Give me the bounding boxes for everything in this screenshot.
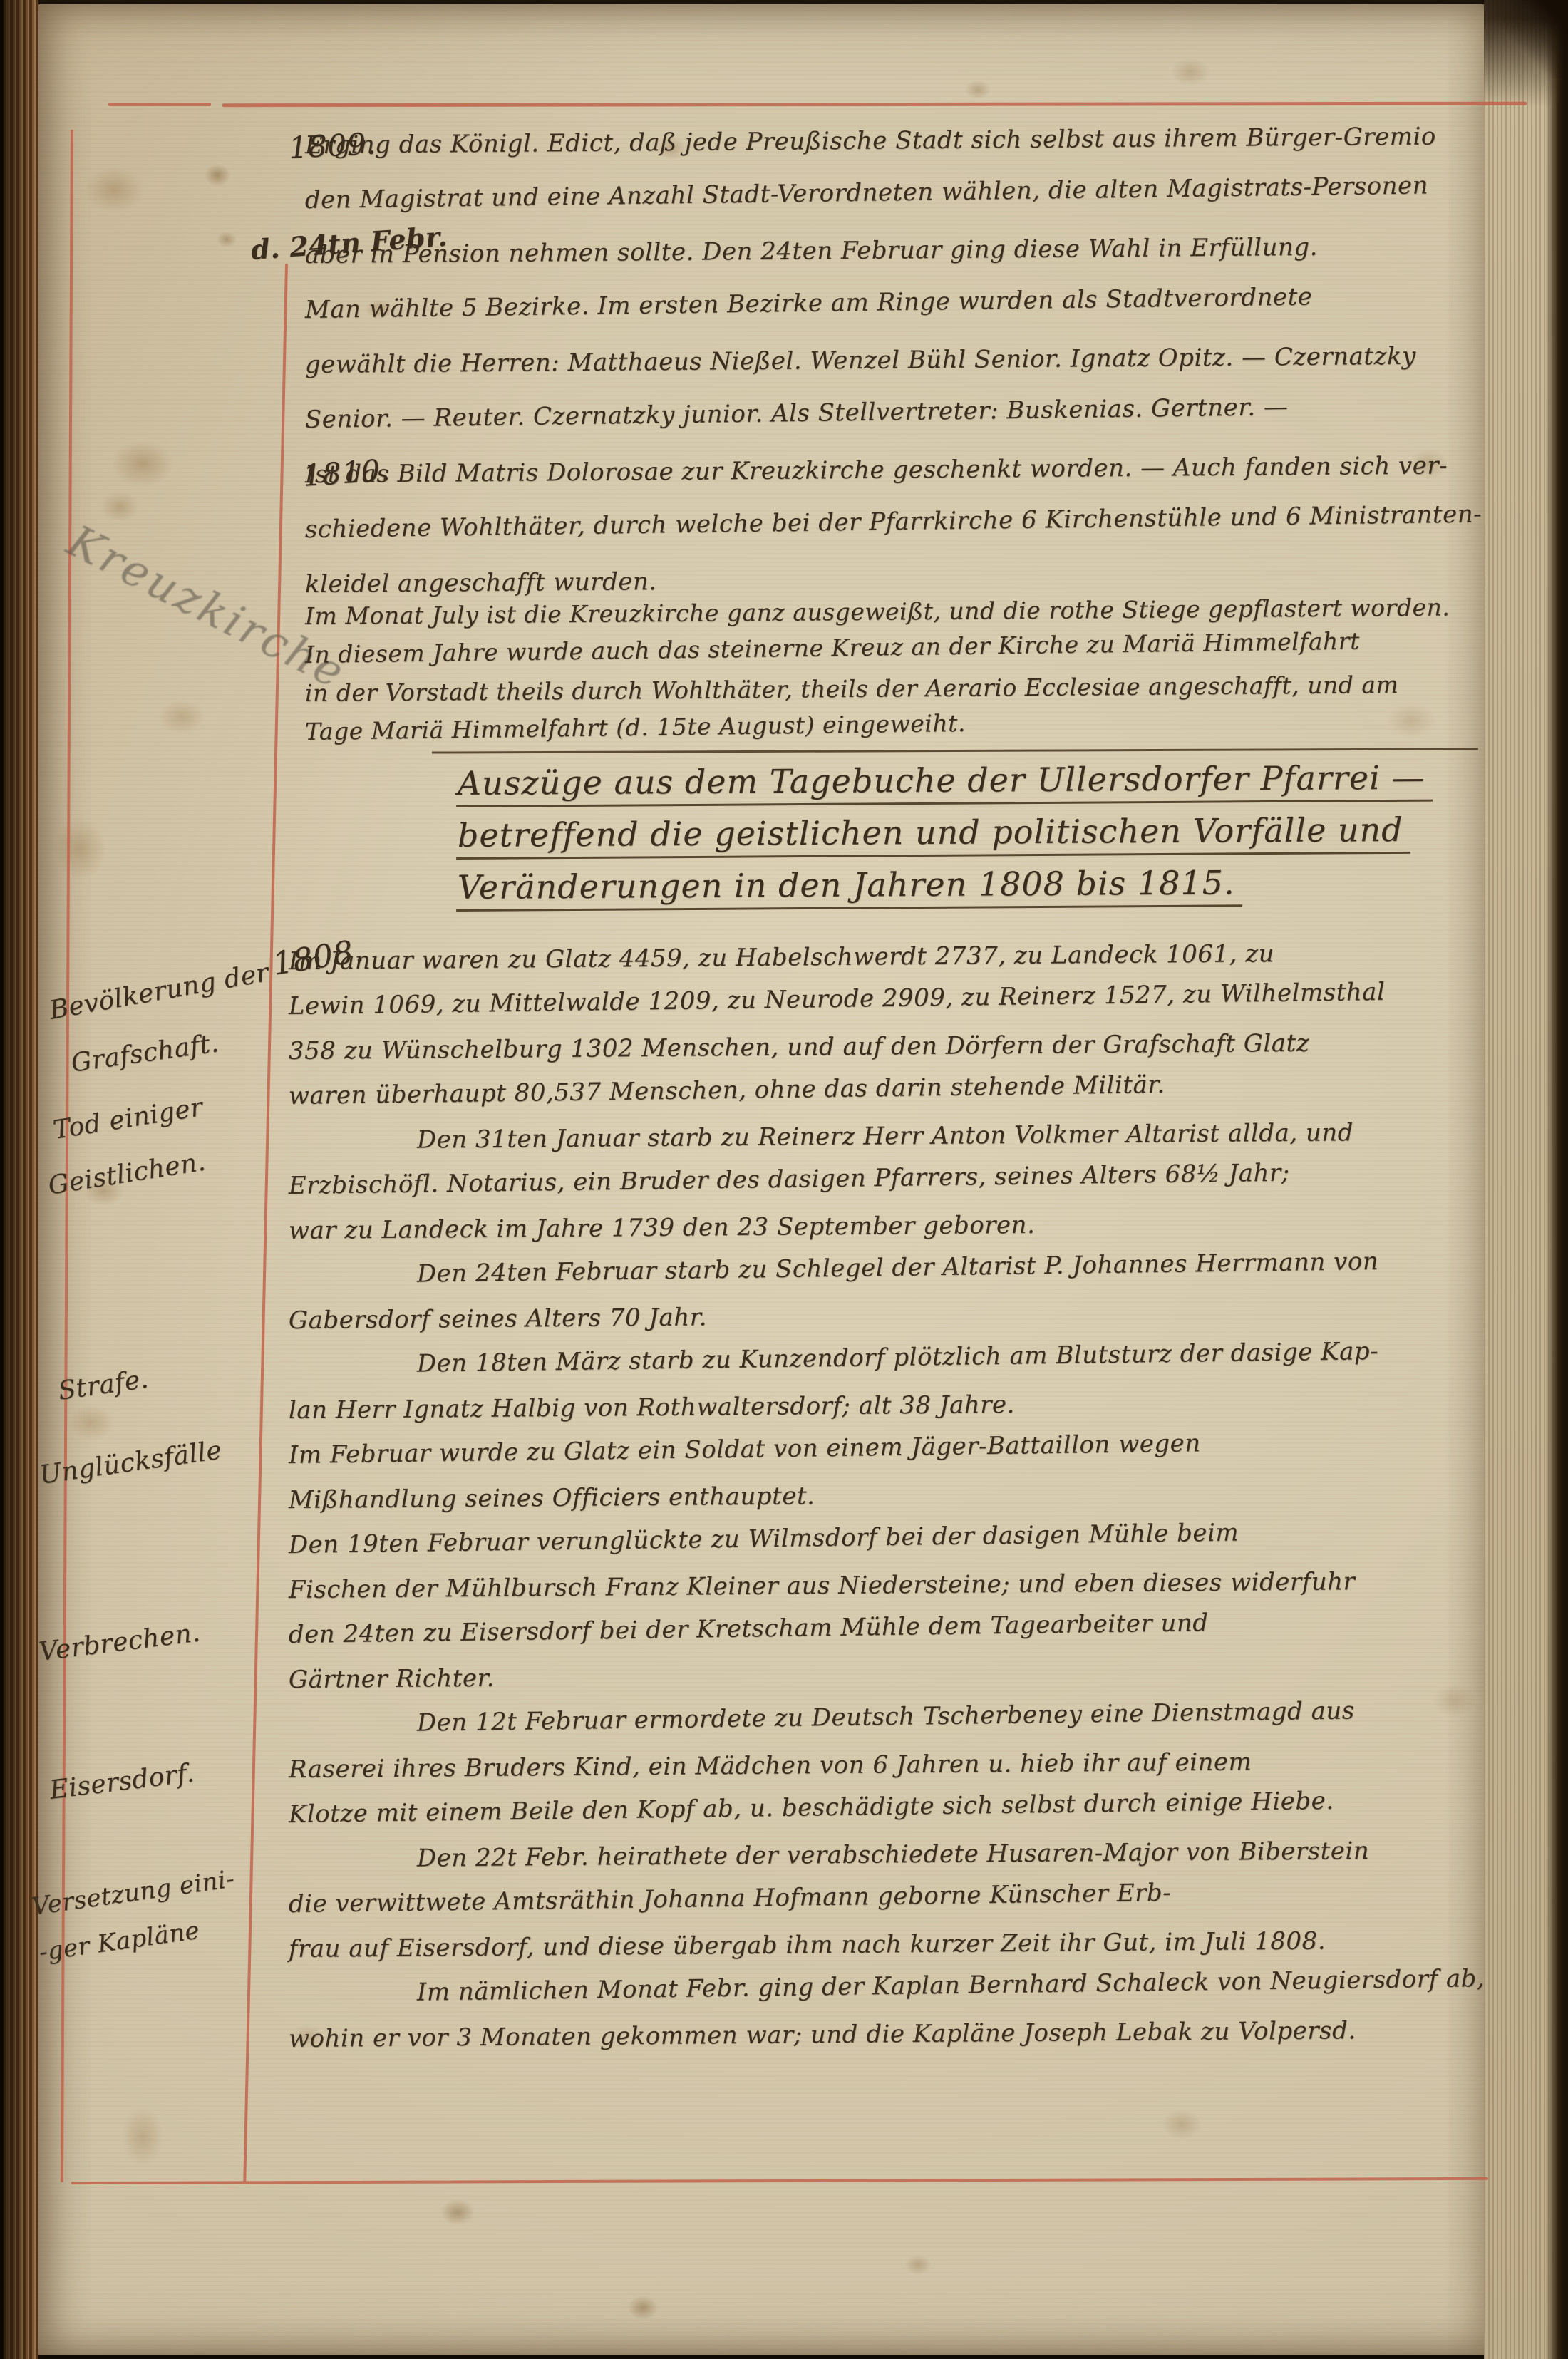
ruled-line-top-left-segment	[108, 103, 211, 106]
cover-corner-shadow	[1433, 0, 1568, 78]
entry-1809-text: Erging das Königl. Edict, daß jede Preuß…	[305, 118, 1481, 448]
book-gutter-page-edges	[0, 0, 38, 2359]
heading-line-3: Veränderungen in den Jahren 1808 bis 181…	[456, 863, 1242, 912]
entry-1808-text: Im Januar waren zu Glatz 4459, zu Habels…	[289, 939, 1465, 2062]
entry-july-text: Im Monat July ist die Kreuzkirche ganz a…	[305, 597, 1481, 751]
page-stack-fore-edge	[1484, 0, 1568, 2359]
entry-1810-text: Ist das Bild Matris Dolorosae zur Kreuzk…	[305, 448, 1481, 612]
heading-line-1: Auszüge aus dem Tagebuche der Ullersdorf…	[456, 758, 1433, 807]
section-heading: Auszüge aus dem Tagebuche der Ullersdorf…	[456, 764, 1497, 920]
manuscript-book-photo: 1809. d. 24tn Febr. 1810. Kreuzkirche 18…	[0, 0, 1568, 2359]
heading-line-2: betreffend die geistlichen und politisch…	[456, 810, 1410, 860]
handwritten-line: wohin er vor 3 Monaten gekommen war; und…	[289, 2008, 1465, 2062]
